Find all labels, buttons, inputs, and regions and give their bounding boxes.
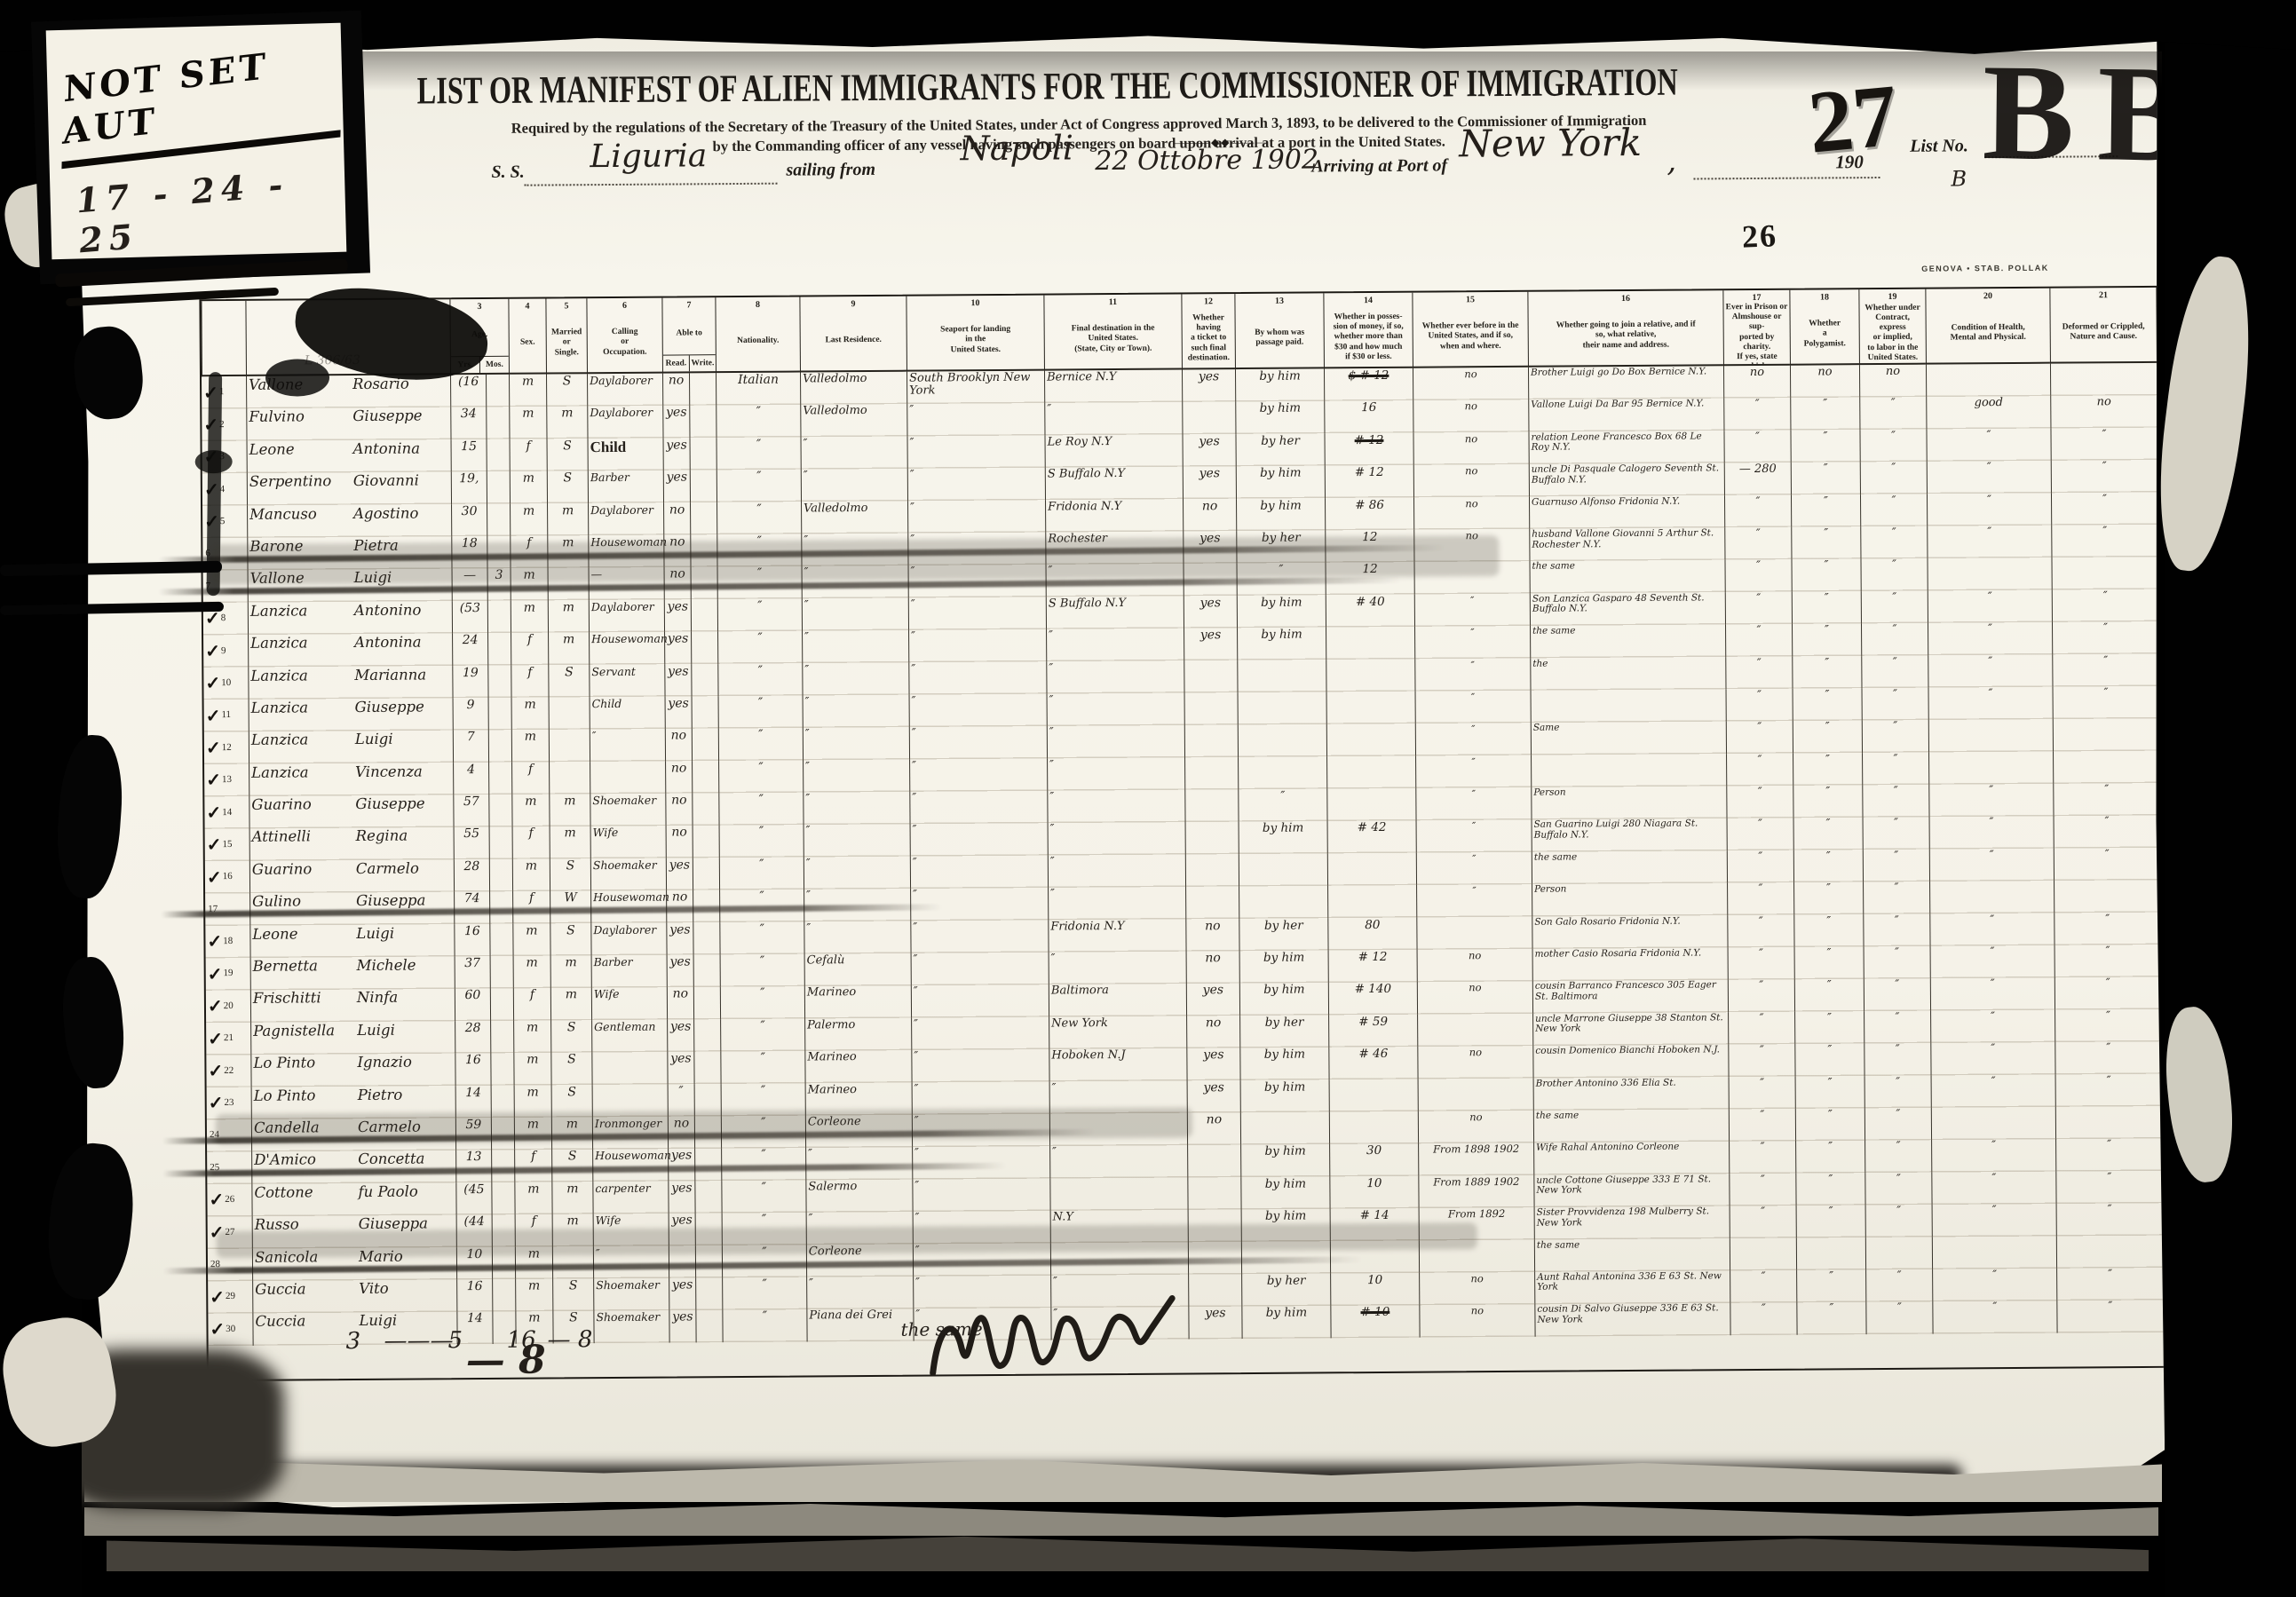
cell-t: no (1187, 1112, 1240, 1145)
cell-s: m (514, 1182, 551, 1214)
cell-de: Fridonia N.Y (1048, 919, 1185, 952)
cell-r: no (665, 793, 692, 826)
cell-rl: San Guarino Luigi 280 Niagara St. Buffal… (1532, 818, 1727, 852)
cell-be: no (1417, 1046, 1532, 1079)
sailing-from-label: sailing from (786, 160, 875, 181)
cell-cr: ″ (2054, 848, 2160, 881)
cell-po: ″ (907, 435, 1044, 468)
cell-mo (487, 471, 510, 504)
cell-be: From 1889 1902 (1418, 1175, 1533, 1208)
cell-h (1928, 751, 2053, 784)
cell-na: ″ (720, 1051, 804, 1084)
cell-mn: 10 (1329, 1175, 1418, 1208)
passenger-name: Cottonefu Paolo (251, 1182, 455, 1216)
cell-na: ″ (717, 598, 802, 631)
cell-o: Child (590, 696, 665, 729)
cell-ct (1865, 1237, 1932, 1269)
cell-pr: ″ (1723, 431, 1790, 463)
cell-pl: ″ (1790, 430, 1859, 462)
cell-m: S (546, 374, 587, 407)
cell-pa (1238, 724, 1326, 757)
column-header-10: 10Seaport for landing in the United Stat… (906, 296, 1044, 372)
cell-po: ″ (909, 791, 1047, 824)
cell-pa: by her (1239, 1015, 1328, 1048)
cell-r: yes (669, 1277, 695, 1310)
cell-h: ″ (1928, 622, 2052, 655)
column-header-8: 8Nationality. (715, 297, 800, 374)
cell-pr: ″ (1728, 979, 1794, 1012)
cell-y: 19 (452, 665, 487, 698)
cell-po: ″ (909, 693, 1047, 726)
cell-ct: ″ (1862, 688, 1928, 721)
cell-w (690, 470, 717, 502)
cell-mo (488, 795, 511, 827)
cell-w (692, 696, 718, 729)
cell-h: ″ (1927, 526, 2051, 558)
cell-s: m (510, 471, 547, 504)
cell-ct: ″ (1861, 655, 1928, 688)
cell-pr: ″ (1725, 624, 1792, 657)
cell-mn: # 86 (1325, 497, 1413, 530)
cell-t: no (1183, 499, 1236, 532)
cell-mn (1326, 627, 1414, 660)
cell-pa (1238, 692, 1326, 724)
departure-date-entry: 22 Ottobre 1902 (1095, 144, 1318, 177)
cell-pa (1239, 886, 1327, 919)
cell-cr: no (2050, 395, 2157, 428)
cell-s: f (513, 988, 550, 1021)
cell-cr: ″ (2052, 686, 2158, 719)
cell-ct: ″ (1861, 623, 1928, 656)
cell-pl: ″ (1794, 946, 1864, 979)
ink-blot (195, 450, 233, 473)
arriving-label: Arriving at Port of (1311, 155, 1447, 177)
cell-t (1185, 886, 1239, 919)
cell-h: ″ (1930, 977, 2055, 1010)
cell-pr: — 280 (1724, 462, 1791, 495)
cell-w (693, 1019, 720, 1052)
cell-cr: ″ (2056, 1268, 2163, 1301)
cell-be: ″ (1414, 658, 1530, 691)
printer-mark: GENOVA • STAB. POLLAK (1921, 264, 2049, 273)
cell-pl: ″ (1795, 1141, 1865, 1174)
cell-m: S (550, 923, 590, 956)
cell-s: f (511, 665, 548, 698)
cell-be: no (1413, 496, 1529, 529)
cell-h (1928, 719, 2053, 752)
cell-na: ″ (720, 954, 804, 987)
cell-o (591, 1052, 667, 1085)
cell-na: ″ (717, 437, 801, 470)
cell-pl: ″ (1795, 1076, 1865, 1109)
cell-de: ″ (1049, 952, 1186, 984)
cell-r: yes (668, 1149, 694, 1182)
row-number: ✓29 (208, 1281, 252, 1314)
cell-h (1932, 1236, 2056, 1269)
passenger-name: SerpentinoGiovanni (247, 471, 451, 505)
cell-t (1185, 822, 1239, 855)
cell-ct: ″ (1865, 1301, 1932, 1334)
cell-be: ″ (1416, 852, 1532, 885)
cell-na: ″ (718, 760, 803, 793)
cell-rl: uncle Marrone Giuseppe 38 Stanton St. Ne… (1532, 1012, 1728, 1046)
cell-re: Piana dei Grei (806, 1308, 913, 1341)
cell-pr: ″ (1725, 656, 1792, 689)
cell-y: 55 (454, 826, 489, 859)
cell-ct: ″ (1864, 978, 1930, 1011)
cell-m (549, 697, 590, 730)
cell-pa (1239, 853, 1327, 886)
cell-r: yes (667, 1019, 693, 1052)
cell-mo (488, 762, 511, 795)
cell-m: m (548, 600, 589, 633)
cell-t (1184, 660, 1237, 693)
passenger-name: LanzicaVincenza (249, 763, 453, 796)
cell-pl: ″ (1793, 785, 1862, 818)
cell-mo (487, 503, 510, 536)
cell-r: no (662, 373, 689, 406)
cell-y: (45 (455, 1182, 491, 1215)
cell-w (693, 922, 719, 955)
cell-ct: ″ (1865, 1205, 1932, 1237)
cell-m: m (550, 955, 591, 988)
cell-y: (53 (452, 601, 487, 634)
cell-rl: Vallone Luigi Da Bar 95 Bernice N.Y. (1528, 399, 1723, 432)
cell-pa: by him (1241, 1306, 1330, 1339)
manifest-sheet: LIST OR MANIFEST OF ALIEN IMMIGRANTS FOR… (75, 0, 2167, 1509)
cell-pl: ″ (1792, 656, 1861, 689)
cell-h: ″ (1931, 1171, 2055, 1204)
cell-pl: ″ (1793, 850, 1863, 882)
year-line (1693, 176, 1880, 179)
cell-m: S (547, 439, 588, 471)
cell-r: yes (664, 664, 691, 697)
cell-ct: ″ (1865, 1172, 1931, 1205)
row-number: 25 (207, 1151, 251, 1184)
cell-be (1417, 1014, 1532, 1047)
row-number: ✓11 (204, 700, 249, 732)
cell-o: Daylaborer (588, 502, 663, 535)
cell-s: m (515, 1278, 552, 1311)
cell-pa: by him (1239, 1048, 1328, 1080)
cell-mo (489, 859, 512, 892)
cell-be: ″ (1416, 884, 1532, 917)
cell-pl: ″ (1791, 494, 1860, 527)
cell-t: yes (1188, 1306, 1241, 1339)
cell-s: m (511, 730, 549, 763)
cell-r: yes (665, 696, 692, 729)
passenger-name: GuarinoCarmelo (249, 859, 454, 893)
cell-de: Baltimora (1049, 984, 1186, 1016)
cell-t (1188, 1274, 1241, 1307)
cell-y: 57 (453, 795, 488, 827)
cell-po: ″ (912, 1178, 1049, 1211)
cell-y: 16 (455, 1053, 490, 1086)
cell-be: ″ (1414, 626, 1530, 659)
cell-w (692, 793, 718, 826)
cell-w (691, 664, 717, 697)
passenger-name: GuarinoGiuseppe (249, 795, 453, 828)
cell-be: no (1417, 949, 1532, 982)
column-header-16: 16Whether going to join a relative, and … (1527, 290, 1723, 368)
cell-mn: # 46 (1328, 1047, 1417, 1079)
cell-mn: 80 (1327, 917, 1416, 950)
cell-cr: ″ (2052, 621, 2158, 654)
cell-re: ″ (801, 436, 907, 469)
cell-o: Shoemaker (593, 1278, 669, 1311)
cell-pr (1730, 1237, 1796, 1270)
cell-m: m (550, 988, 591, 1021)
cell-pr: ″ (1728, 1044, 1794, 1077)
cell-m (549, 729, 590, 762)
cell-cr: ″ (2051, 492, 2157, 525)
cell-re: Marineo (804, 1050, 911, 1083)
cell-o: Shoemaker (590, 858, 666, 890)
cell-o: Servant (589, 664, 664, 697)
cell-t (1184, 692, 1238, 725)
cell-pr: ″ (1723, 398, 1790, 431)
cell-pr: ″ (1727, 850, 1793, 883)
cell-mn (1326, 755, 1415, 788)
cell-ct: ″ (1862, 720, 1928, 753)
column-header-14: 14Whether in posses- sion of money, if s… (1323, 293, 1413, 369)
cell-pr: ″ (1724, 494, 1791, 527)
cell-h (1931, 1107, 2055, 1140)
cell-cr (2053, 751, 2159, 784)
cell-rl: cousin Domenico Bianchi Hoboken N.J. (1532, 1044, 1728, 1078)
cell-pl: ″ (1791, 526, 1860, 559)
passenger-name: FrischittiNinfa (250, 989, 455, 1023)
cell-pa: by him (1237, 595, 1326, 628)
cell-cr: ″ (2055, 945, 2161, 977)
cell-pr: ″ (1730, 1270, 1796, 1303)
cell-h (1929, 881, 2054, 913)
cell-de: ″ (1047, 692, 1184, 725)
cell-mn: # 140 (1328, 982, 1417, 1015)
cell-h: ″ (1929, 849, 2054, 882)
cell-na: ″ (722, 1277, 806, 1309)
cell-mn (1329, 1111, 1418, 1144)
cell-pl: ″ (1793, 818, 1863, 850)
cell-po: ″ (911, 1049, 1049, 1082)
column-header-5: 5Married or Single. (545, 298, 587, 374)
cell-pa: by him (1239, 983, 1328, 1016)
cell-po: ″ (909, 758, 1047, 791)
row-number: ✓12 (204, 731, 249, 764)
cell-y: 37 (455, 956, 490, 989)
cell-h: ″ (1927, 461, 2051, 494)
cell-po: ″ (911, 953, 1049, 985)
cell-de: Fridonia N.Y (1045, 499, 1183, 532)
cell-de: ″ (1047, 790, 1184, 823)
cell-mo (489, 826, 512, 859)
manifest-table: 3Age.Yrs.Mos.4Sex.5Married or Single.6Ca… (199, 286, 2165, 1381)
cell-h: ″ (1930, 945, 2055, 978)
cell-pa: by him (1240, 1176, 1329, 1209)
cell-pl: no (1790, 365, 1859, 398)
cell-r: yes (668, 1181, 694, 1214)
cell-o: Shoemaker (590, 794, 665, 826)
cell-o: Barber (591, 955, 667, 988)
row-number: ✓9 (203, 635, 248, 668)
cell-be: ″ (1415, 787, 1531, 820)
cell-pr: ″ (1727, 882, 1793, 915)
cell-mn: # 40 (1326, 594, 1414, 627)
cell-be: ″ (1415, 691, 1531, 723)
cell-cr: ″ (2050, 428, 2157, 461)
cell-pl: ″ (1796, 1205, 1865, 1237)
cell-re: ″ (802, 597, 908, 630)
cell-de: ″ (1048, 887, 1185, 920)
cell-o: Gentleman (591, 1019, 667, 1052)
cell-m: m (547, 503, 588, 536)
column-header (201, 301, 246, 376)
cell-y: 28 (455, 1021, 490, 1054)
cell-r: yes (664, 599, 691, 632)
cell-na: ″ (719, 825, 804, 858)
cell-re: ″ (803, 695, 909, 728)
cell-o (590, 761, 665, 794)
cell-t: no (1186, 1016, 1239, 1048)
cell-rl: relation Leone Francesco Box 68 Le Roy N… (1528, 431, 1723, 464)
cell-be: no (1417, 981, 1532, 1014)
cell-t (1187, 1144, 1240, 1177)
cell-cr: ″ (2051, 525, 2157, 557)
column-header-18: 18Whether a Polygamist. (1789, 289, 1859, 366)
cell-rl: Same (1531, 722, 1726, 755)
row-number: ✓18 (205, 925, 249, 958)
cell-y: 4 (453, 763, 488, 795)
scan-fold-shadow (84, 51, 2162, 91)
passenger-name: Lo PintoIgnazio (250, 1053, 455, 1087)
cell-t: no (1185, 919, 1239, 952)
cell-re: ″ (804, 824, 910, 857)
passenger-name: D'AmicoConcetta (251, 1150, 455, 1184)
cell-ct: ″ (1859, 429, 1926, 462)
passenger-name: BernettaMichele (250, 956, 455, 990)
cell-de: S Buffalo N.Y (1045, 467, 1183, 500)
cell-be: ″ (1415, 723, 1531, 755)
cell-o: carpenter (592, 1181, 668, 1214)
cell-be: no (1419, 1272, 1534, 1305)
cell-pl: ″ (1793, 914, 1863, 947)
cell-m: S (548, 665, 589, 698)
column-header-20: 20Condition of Health, Mental and Physic… (1925, 289, 2050, 365)
cell-mo (491, 1150, 514, 1182)
passenger-name: LanzicaLuigi (249, 731, 453, 764)
cell-pa: by her (1241, 1273, 1330, 1306)
cell-rl: cousin Di Salvo Giuseppe 336 E 63 St. Ne… (1534, 1303, 1730, 1337)
cell-h: ″ (1932, 1204, 2056, 1237)
ss-label: S. S. (491, 162, 524, 183)
cell-o: Barber (588, 470, 663, 503)
cell-o: Wife (590, 826, 666, 858)
cell-re: ″ (803, 792, 909, 825)
cell-o: Shoemaker (593, 1310, 669, 1343)
manifest-grid: 3Age.Yrs.Mos.4Sex.5Married or Single.6Ca… (201, 288, 2163, 1346)
cell-re: Valledolmo (800, 404, 907, 437)
cell-w (693, 954, 720, 987)
cell-be: no (1413, 368, 1528, 400)
cell-m: m (546, 407, 587, 439)
cell-cr: ″ (2052, 653, 2158, 686)
cell-cr: ″ (2056, 1203, 2163, 1236)
cell-rl: the same (1529, 560, 1724, 594)
cell-pa: ″ (1238, 788, 1326, 821)
cell-cr: ″ (2054, 815, 2160, 848)
cell-na: ″ (718, 728, 803, 761)
cell-mn (1326, 692, 1415, 724)
passenger-name: MancusoAgostino (247, 504, 451, 538)
cell-s: m (509, 375, 546, 407)
cell-t: yes (1182, 434, 1235, 467)
cell-pa: by him (1236, 466, 1325, 499)
cell-s: m (512, 923, 550, 956)
cell-m: S (550, 858, 590, 891)
cell-po: ″ (910, 920, 1048, 953)
cell-pr: ″ (1726, 721, 1793, 754)
cell-pa (1240, 1111, 1329, 1144)
cell-rl: the same (1530, 624, 1725, 658)
cell-de: ″ (1046, 660, 1184, 693)
row-number: ✓22 (206, 1055, 250, 1087)
cell-be: ″ (1415, 755, 1531, 787)
cell-w (694, 1181, 721, 1214)
cell-re: Palermo (804, 1017, 911, 1050)
cell-na: Italian (716, 373, 800, 406)
cell-rl: the same (1532, 850, 1727, 884)
cell-pr: ″ (1729, 1141, 1795, 1174)
row-number: ✓15 (205, 828, 249, 861)
column-total: 5 (447, 1327, 463, 1354)
cell-r: no (663, 502, 690, 535)
cell-po: ″ (907, 500, 1045, 533)
cell-ct: ″ (1862, 785, 1928, 818)
cell-cr: ″ (2055, 976, 2161, 1009)
cell-ct: ″ (1860, 494, 1927, 526)
cell-pa: by him (1237, 628, 1326, 660)
cell-ct: ″ (1863, 882, 1929, 914)
cell-pl: ″ (1791, 462, 1860, 494)
cell-w (689, 373, 716, 406)
column-header-6: 6Calling or Occupation. (586, 298, 662, 375)
cell-pr: no (1723, 366, 1790, 399)
cell-t: yes (1183, 466, 1236, 499)
cell-de: S Buffalo N.Y (1046, 596, 1184, 629)
cell-h: ″ (1928, 654, 2052, 687)
cell-mn: # 42 (1327, 820, 1416, 853)
cell-cr (2051, 557, 2157, 589)
cell-na: ″ (717, 631, 802, 664)
cell-y: 9 (453, 698, 488, 731)
passenger-name: PagnistellaLuigi (250, 1021, 455, 1055)
cell-o: Child (588, 438, 663, 470)
cell-re: ″ (801, 469, 907, 502)
cell-cr: ″ (2055, 1009, 2161, 1042)
cell-w (693, 987, 720, 1020)
column-total: 3 (345, 1328, 360, 1355)
cell-w (695, 1309, 722, 1342)
cell-be: no (1419, 1304, 1534, 1337)
cell-t: yes (1186, 983, 1239, 1016)
cell-po: ″ (908, 629, 1046, 662)
column-header-19: 19Whether under Contract, express or imp… (1858, 289, 1926, 366)
cell-pl: ″ (1795, 1173, 1865, 1206)
cell-rl: Aunt Rahal Antonina 336 E 63 St. New Yor… (1534, 1270, 1730, 1304)
cell-r: yes (664, 632, 691, 665)
cell-po: ″ (908, 661, 1046, 694)
cell-mo (489, 923, 512, 956)
